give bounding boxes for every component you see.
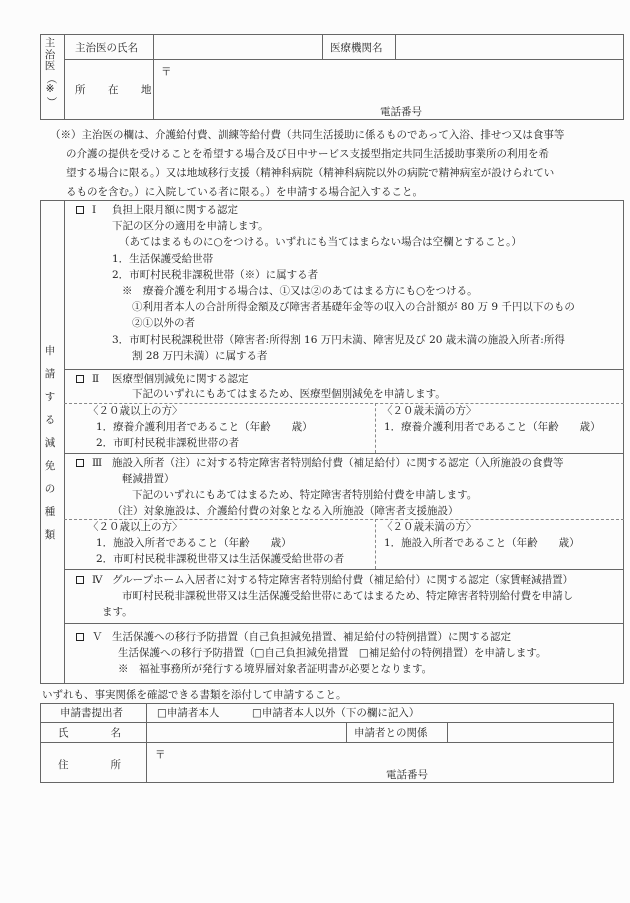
institution-label-right xyxy=(395,34,396,59)
section-2-over20-item-2[interactable]: 2．市町村民税非課税世帯の者 xyxy=(96,438,239,449)
relation-label: 申請者との関係 xyxy=(354,728,428,739)
section-3-under20-item-1[interactable]: 1．施設入所者であること（年齢 歳） xyxy=(384,538,580,549)
submitter-label-divider xyxy=(146,703,147,783)
section-5-checkbox[interactable] xyxy=(76,633,84,641)
doctor-phone-label: 電話番号 xyxy=(380,107,422,118)
option-taxable-household[interactable]: 3．市町村民税課税世帯（障害者:所得割 16 万円未満、障害児及び 20 歳未満… xyxy=(112,335,565,346)
attach-note: いずれも、事実関係を確認できる書類を添付して申請すること。 xyxy=(42,690,347,701)
section-3: Ⅲ 施設入所者（注）に対する特定障害者特別給付費（補足給付）に関する認定（入所施… xyxy=(66,454,623,569)
section-3-over20-item-2[interactable]: 2．市町村民税非課税世帯又は生活保護受給世帯の者 xyxy=(96,554,344,565)
section-1-title: 負担上限月額に関する認定 xyxy=(112,205,238,216)
section-5-title: 生活保護への移行予防措置（自己負担減免措置、補足給付の特例措置）に関する認定 xyxy=(112,632,511,643)
submitter-label: 申請書提出者 xyxy=(60,708,123,719)
doctor-label-divider xyxy=(153,34,154,120)
section-3-checkbox[interactable] xyxy=(76,459,84,467)
submitter-self-option[interactable]: □申請者本人 xyxy=(157,708,219,719)
section-1: Ⅰ 負担上限月額に関する認定 下記の区分の適用を申請します。 （あてはまるものに… xyxy=(66,201,623,368)
section-4-title: グループホーム入居者に対する特定障害者特別給付費（補足給付）に関する認定（家賃軽… xyxy=(112,575,573,586)
section-3-dashed-col xyxy=(375,519,376,569)
institution-field[interactable] xyxy=(397,35,623,58)
relation-label-right xyxy=(447,722,448,742)
doctor-postal-mark: 〒 xyxy=(161,67,172,78)
option-welfare-household[interactable]: 1．生活保護受給世帯 xyxy=(112,254,213,265)
doctor-side-label: 主 治 医 （ ※ ） xyxy=(43,38,57,107)
section-2-over20-item-1[interactable]: 1．療養介護利用者であること（年齢 歳） xyxy=(96,422,313,433)
section-2-title: 医療型個別減免に関する認定 xyxy=(112,374,249,385)
section-5: Ｖ 生活保護への移行予防措置（自己負担減免措置、補足給付の特例措置）に関する認定… xyxy=(66,624,623,682)
section-3-over20-item-1[interactable]: 1．施設入所者であること（年齢 歳） xyxy=(96,538,292,549)
section-4: Ⅳ グループホーム入居者に対する特定障害者特別給付費（補足給付）に関する認定（家… xyxy=(66,570,623,622)
section-2-dashed-divider xyxy=(64,403,624,404)
submitter-postal-mark: 〒 xyxy=(155,750,166,761)
option-non-taxable-household[interactable]: 2．市町村民税非課税世帯（※）に属する者 xyxy=(112,270,318,281)
submitter-other-option[interactable]: □申請者本人以外（下の欄に記入） xyxy=(252,708,419,719)
reduction-side-label: 申 請 す る 減 免 の 種 類 xyxy=(43,340,57,547)
option-income-under-809k[interactable]: ①利用者本人の合計所得金額及び障害者基礎年金等の収入の合計額が 80 万 9 千… xyxy=(132,302,575,313)
relation-field[interactable] xyxy=(449,723,613,741)
option-other[interactable]: ②①以外の者 xyxy=(132,318,195,329)
institution-label: 医療機関名 xyxy=(330,43,383,54)
section-2-under20-item-1[interactable]: 1．療養介護利用者であること（年齢 歳） xyxy=(384,422,601,433)
submitter-name-field[interactable] xyxy=(148,723,345,741)
section-2-dashed-col xyxy=(375,403,376,453)
doctor-side-divider xyxy=(64,34,65,120)
section-3-title: 施設入所者（注）に対する特定障害者特別給付費（補足給付）に関する認定（入所施設の… xyxy=(112,458,564,469)
reduction-side-divider xyxy=(64,200,65,684)
doctor-note: （※）主治医の欄は、介護給付費、訓練等給付費（共同生活援助に係るものであって入浴… xyxy=(50,126,564,202)
submitter-address-field[interactable] xyxy=(148,743,613,782)
submitter-name-label: 氏 名 xyxy=(58,728,121,739)
section-2-checkbox[interactable] xyxy=(76,375,84,383)
institution-label-left xyxy=(322,34,323,59)
submitter-address-label: 住 所 xyxy=(58,760,121,771)
submitter-phone-label: 電話番号 xyxy=(386,770,428,781)
section-1-numeral: Ⅰ xyxy=(92,205,96,216)
section-5-options[interactable]: 生活保護への移行予防措置（□自己負担減免措置 □補足給付の特例措置）を申請します… xyxy=(118,648,547,659)
section-3-dashed-divider xyxy=(64,519,624,520)
section-2: Ⅱ 医療型個別減免に関する認定 下記のいずれにもあてはまるため、医療型個別減免を… xyxy=(66,370,623,430)
section-1-checkbox[interactable] xyxy=(76,206,84,214)
relation-label-left xyxy=(346,722,347,742)
doctor-name-field[interactable] xyxy=(155,35,321,58)
doctor-name-label: 主治医の氏名 xyxy=(75,43,138,54)
section-4-checkbox[interactable] xyxy=(76,576,84,584)
doctor-address-label: 所 在 地 xyxy=(75,85,158,96)
